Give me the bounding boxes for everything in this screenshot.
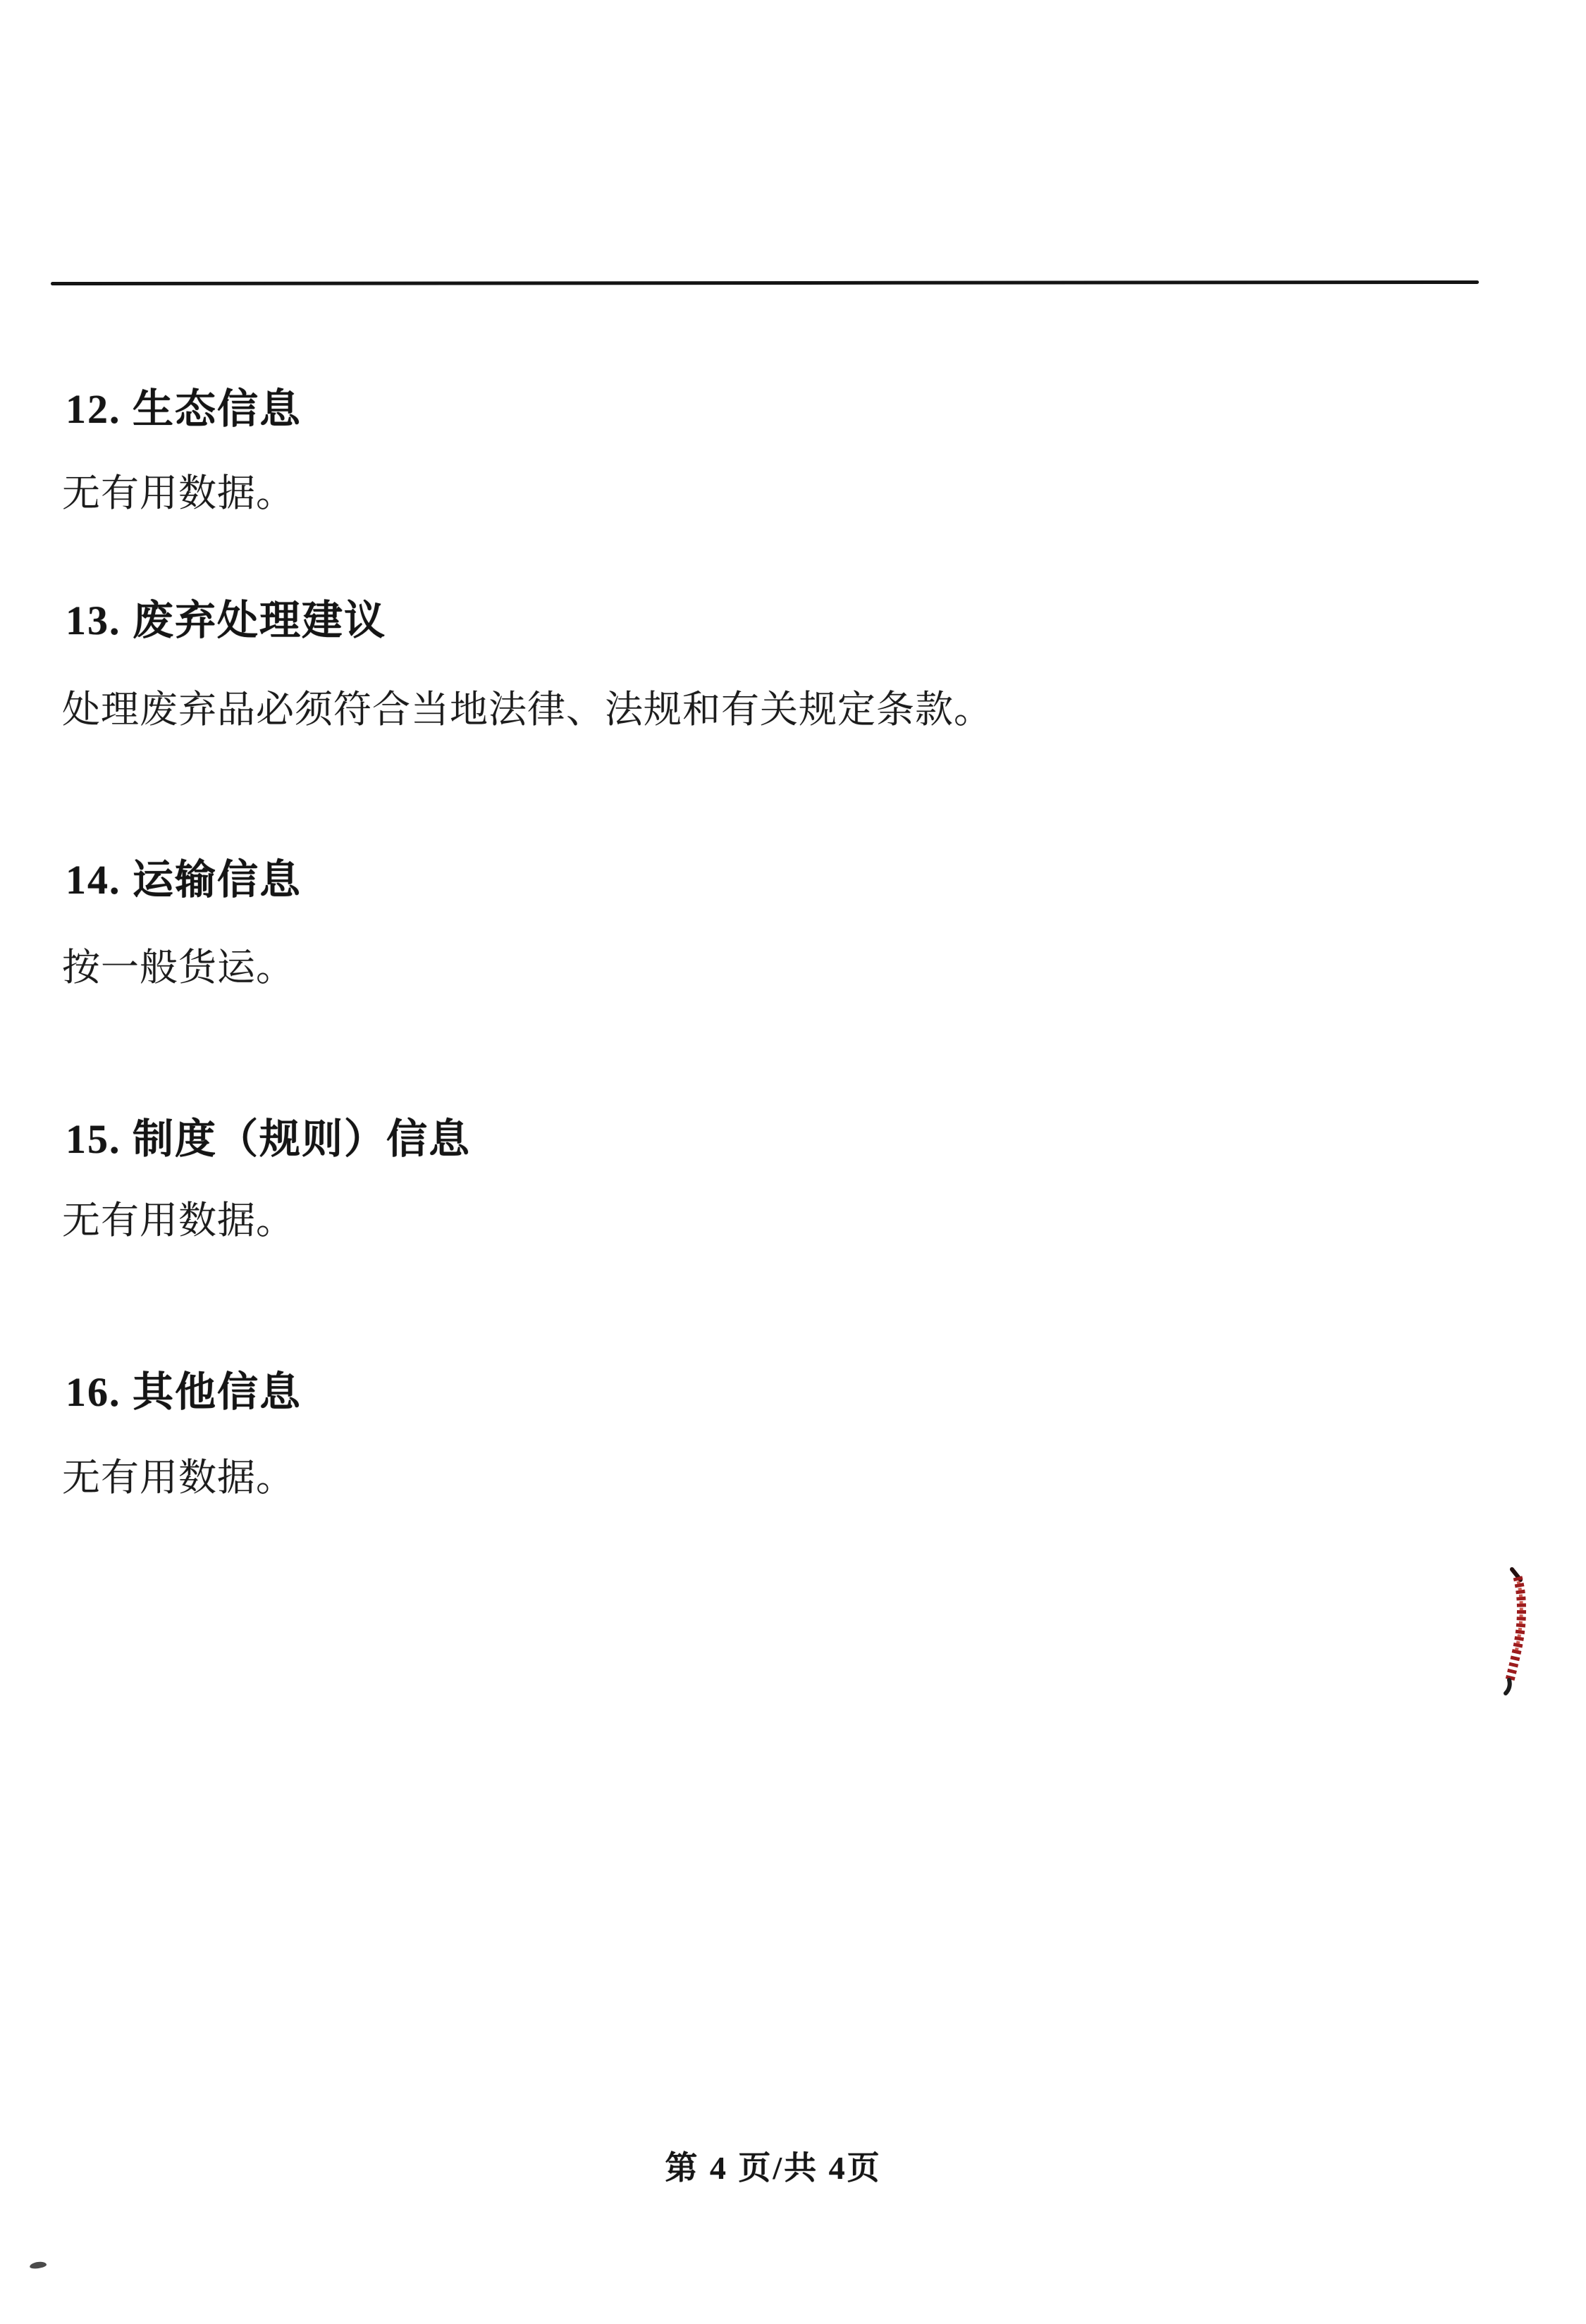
section-13-heading: 13. 废弃处理建议 bbox=[66, 598, 386, 643]
section-12-body: 无有用数据。 bbox=[62, 473, 295, 514]
section-14-body: 按一般货运。 bbox=[62, 947, 295, 989]
section-15-body: 无有用数据。 bbox=[62, 1200, 295, 1242]
page-number-footer: 第 4 页/共 4页 bbox=[0, 2142, 1566, 2189]
ink-speck bbox=[29, 2261, 47, 2269]
document-page: 12. 生态信息 无有用数据。 13. 废弃处理建议 处理废弃品必须符合当地法律… bbox=[0, 0, 1586, 2324]
section-16-body: 无有用数据。 bbox=[62, 1457, 295, 1499]
section-15-heading: 15. 制度（规则）信息 bbox=[66, 1117, 471, 1162]
red-scribble-annotation bbox=[1503, 1567, 1530, 1695]
top-rule-divider bbox=[51, 280, 1479, 285]
section-12-heading: 12. 生态信息 bbox=[66, 387, 302, 432]
section-16-heading: 16. 其他信息 bbox=[66, 1370, 302, 1415]
section-14-heading: 14. 运输信息 bbox=[66, 858, 302, 903]
red-scribble-bottom-tip bbox=[1506, 1680, 1510, 1693]
section-13-body: 处理废弃品必须符合当地法律、法规和有关规定条款。 bbox=[62, 689, 992, 731]
